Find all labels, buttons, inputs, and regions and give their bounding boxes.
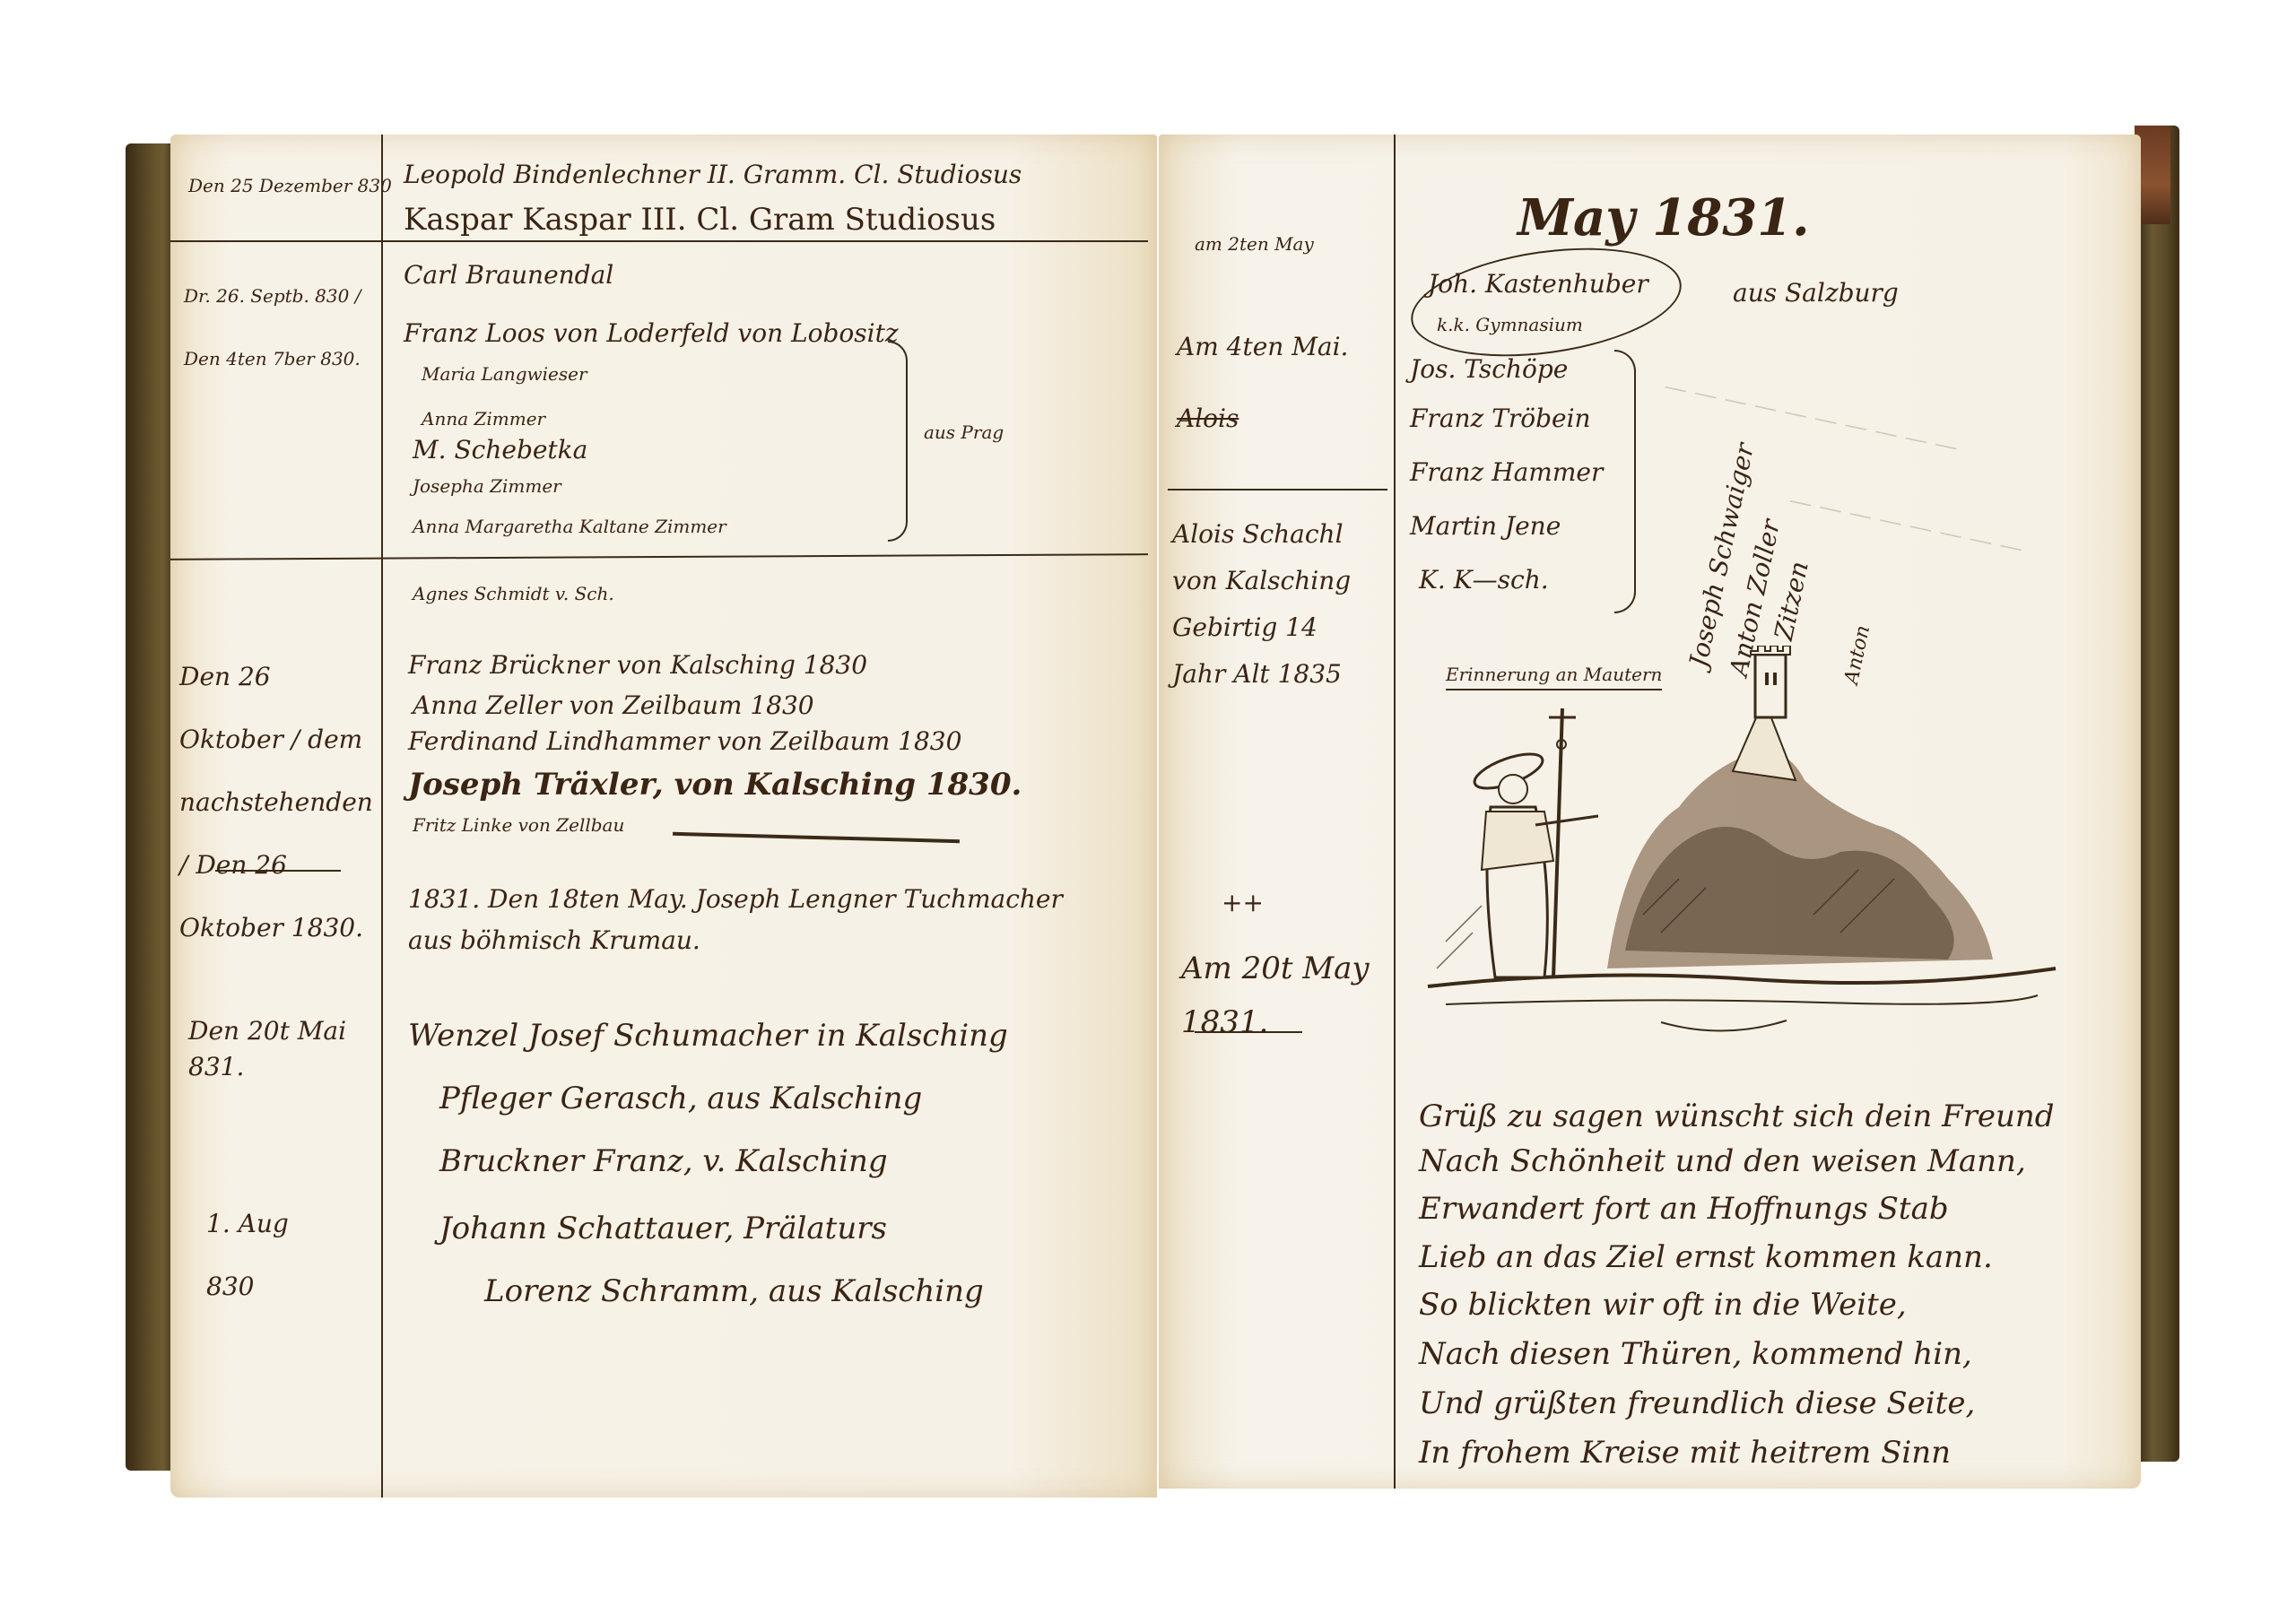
margin-date: Am 4ten Mai. [1177, 332, 1348, 361]
open-book: Den 25 Dezember 830 Leopold Bindenlechne… [126, 108, 2179, 1524]
entry: Franz Brückner von Kalsching 1830 [408, 650, 867, 680]
date-column-rule [381, 135, 383, 1498]
poem-line: Lieb an das Ziel ernst kommen kann. [1419, 1239, 1993, 1275]
entry: Lorenz Schramm, aus Kalsching [484, 1273, 984, 1309]
name-entry: K. K—sch. [1419, 565, 1549, 595]
margin-entry: Alois [1177, 404, 1239, 433]
row-date: Dr. 26. Septb. 830 / Den 4ten 7ber 830. [184, 265, 372, 390]
bleed-through-text: — — — — — — — — — — [1662, 373, 1961, 462]
entry: Joseph Träxler, von Kalsching 1830. [408, 767, 1022, 803]
bleed-through-text: — — — — — — — — [1787, 487, 2025, 563]
margin-date: am 2ten May [1195, 233, 1314, 255]
bracket [888, 341, 908, 542]
right-page: — — — — — — — — — — — — — — — — — — am 2… [1159, 135, 2141, 1489]
pen-sketch-pilgrim-castle [1410, 646, 2074, 1040]
bracket [1614, 350, 1636, 613]
page-heading: May 1831. [1518, 188, 1810, 247]
poem-line: In frohem Kreise mit heitrem Sinn [1419, 1435, 1951, 1471]
row-date: Den 25 Dezember 830 [188, 175, 392, 196]
entry: M. Schebetka [413, 435, 587, 465]
poem-line: Und grüßten freundlich diese Seite, [1419, 1385, 1975, 1421]
entry: Kaspar Kaspar III. Cl. Gram Studiosus [404, 202, 996, 238]
row-divider [170, 553, 1148, 560]
margin-divider [1168, 489, 1387, 491]
entry: Leopold Bindenlechner II. Gramm. Cl. Stu… [404, 160, 1022, 189]
poem-line: Nach diesen Thüren, kommend hin, [1419, 1336, 1972, 1372]
entry: Wenzel Josef Schumacher in Kalsching [408, 1018, 1008, 1054]
row-date: Den 26 Oktober / dem nachstehenden / Den… [179, 646, 377, 959]
entry: Bruckner Franz, v. Kalsching [439, 1143, 888, 1179]
entry: Ferdinand Lindhammer von Zeilbaum 1830 [408, 726, 961, 756]
row-date: Den 20t Mai 831. [188, 1013, 350, 1085]
poem-line: Grüß zu sagen wünscht sich dein Freund [1419, 1098, 2055, 1134]
ellipse-flourish [1405, 232, 1689, 371]
entry: Anna Zeller von Zeilbaum 1830 [413, 690, 814, 720]
margin-date: Am 20t May 1831. [1181, 942, 1387, 1049]
row-divider [170, 240, 1148, 242]
left-page: Den 25 Dezember 830 Leopold Bindenlechne… [170, 135, 1157, 1498]
margin-mark: ++ [1222, 888, 1264, 917]
entry: Carl Braunendal [404, 260, 613, 290]
entry: Pfleger Gerasch, aus Kalsching [439, 1081, 922, 1116]
poem-line: Nach Schönheit und den weisen Mann, [1419, 1143, 2026, 1179]
margin-entry: Alois Schachl von Kalsching Gebirtig 14 … [1172, 511, 1378, 698]
entry: Franz Loos von Loderfeld von Lobositz [404, 318, 899, 348]
poem-line: So blickten wir oft in die Weite, [1419, 1287, 1907, 1323]
name-entry: Joh. Kastenhuber [1428, 269, 1648, 299]
book-cover-right-edge [2135, 126, 2179, 1462]
entry: Anna Zimmer [422, 408, 545, 430]
entry: Johann Schattauer, Prälaturs [439, 1211, 887, 1246]
entry: Fritz Linke von Zellbau [413, 814, 624, 836]
bracket-note: aus Prag [924, 421, 1004, 443]
entry: Agnes Schmidt v. Sch. [413, 583, 614, 604]
name-entry: Jos. Tschöpe [1410, 354, 1568, 384]
name-entry: Franz Tröbein [1410, 404, 1591, 433]
poem-line: Erwandert fort an Hoffnungs Stab [1419, 1191, 1949, 1227]
entry: Maria Langwieser [422, 363, 587, 385]
entry: Anna Margaretha Kaltane Zimmer [413, 516, 726, 537]
name-entry: Franz Hammer [1410, 457, 1603, 487]
margin-rule [1394, 135, 1396, 1489]
origin-note: aus Salzburg [1733, 278, 1899, 308]
flourish-line [673, 832, 960, 843]
entry: 1831. Den 18ten May. Joseph Lengner Tuch… [408, 879, 1090, 961]
entry: Josepha Zimmer [413, 475, 561, 497]
name-entry: k.k. Gymnasium [1437, 314, 1583, 335]
name-entry: Martin Jene [1410, 511, 1561, 541]
row-date: 1. Aug 830 [206, 1193, 332, 1318]
